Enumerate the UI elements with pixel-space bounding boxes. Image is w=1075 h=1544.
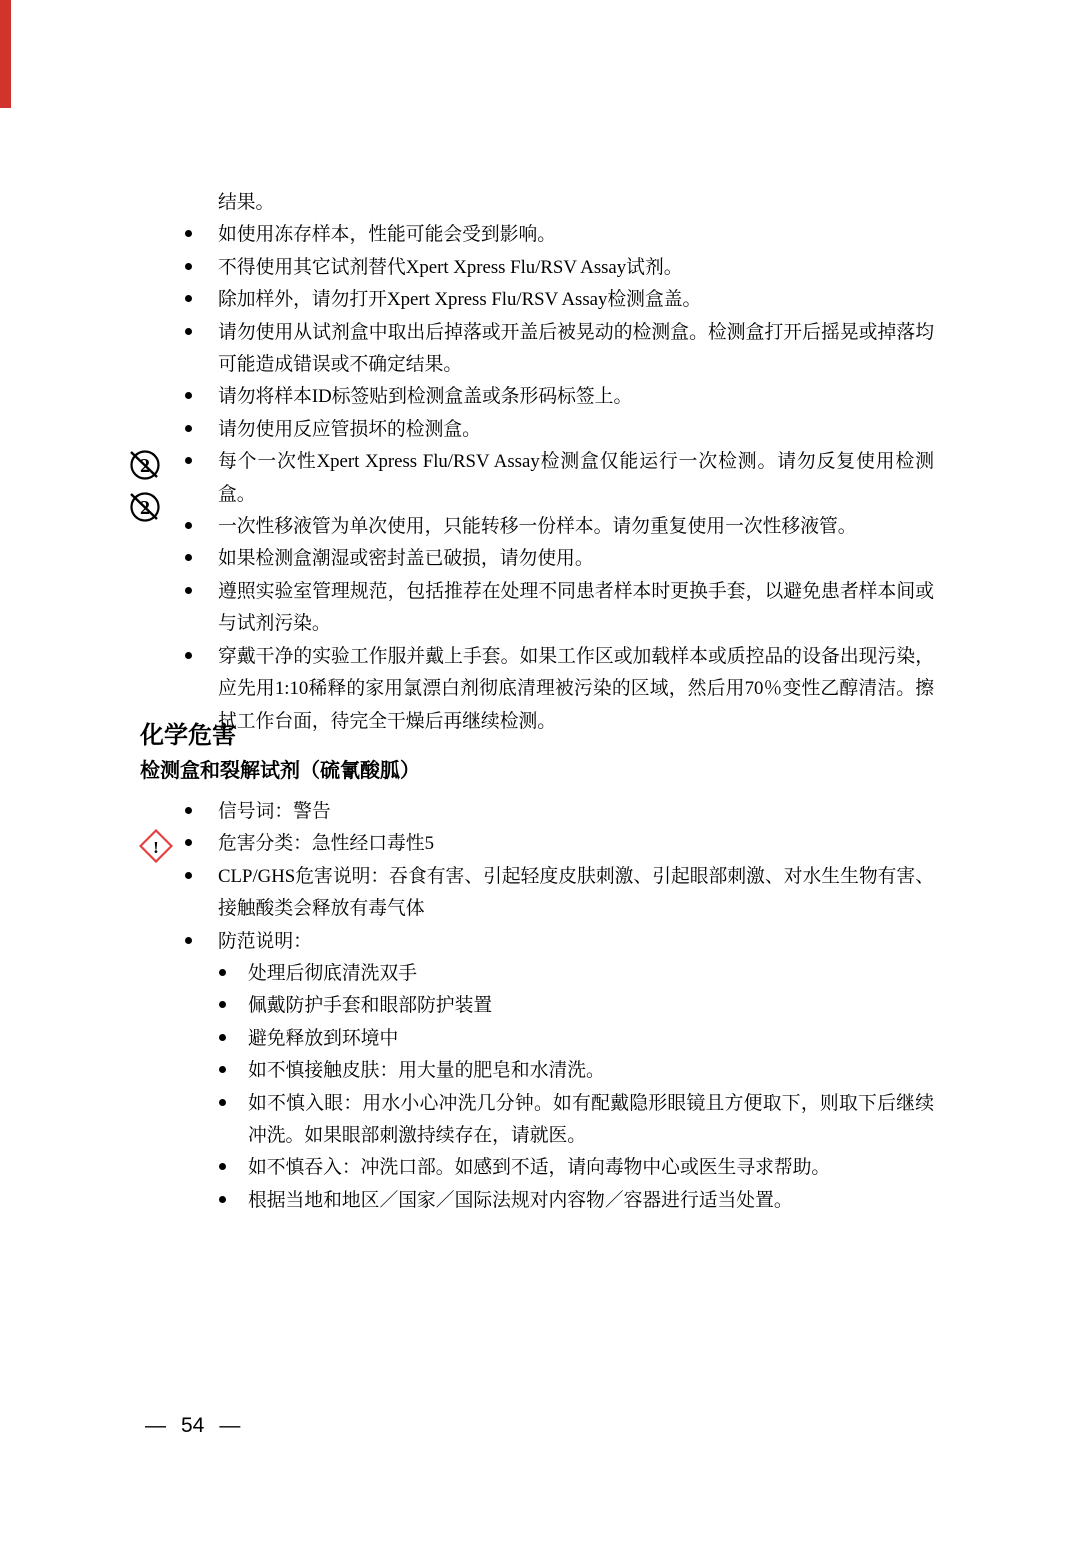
list-item-text: 穿戴干净的实验工作服并戴上手套。如果工作区或加载样本或质控品的设备出现污染，应先… (218, 646, 934, 732)
list-item: 如不慎接触皮肤：用大量的肥皂和水清洗。 (218, 1055, 934, 1087)
list-item: CLP/GHS危害说明：吞食有害、引起轻度皮肤刺激、引起眼部刺激、对水生生物有害… (218, 861, 934, 926)
precaution-text: 如不慎吞入：冲洗口部。如感到不适，请向毒物中心或医生寻求帮助。 (248, 1157, 830, 1178)
list-item-text: 每个一次性Xpert Xpress Flu/RSV Assay检测盒仅能运行一次… (218, 451, 934, 504)
list-item: 如使用冻存样本，性能可能会受到影响。 (218, 219, 934, 251)
bullet-marker (185, 839, 192, 846)
list-item: 请勿使用从试剂盒中取出后掉落或开盖后被晃动的检测盒。检测盒打开后摇晃或掉落均可能… (218, 317, 934, 382)
list-item: 如果检测盒潮湿或密封盖已破损，请勿使用。 (218, 543, 934, 575)
precaution-text: 如不慎入眼：用水小心冲洗几分钟。如有配戴隐形眼镜且方便取下，则取下后继续冲洗。如… (248, 1093, 934, 1146)
bullet-marker (185, 872, 192, 879)
list-item: 危害分类：急性经口毒性5 (218, 828, 934, 860)
list-item: 请勿将样本ID标签贴到检测盒盖或条形码标签上。 (218, 381, 934, 413)
bullet-marker (219, 1001, 226, 1008)
bullet-marker (185, 295, 192, 302)
precaution-text: 处理后彻底清洗双手 (248, 963, 417, 984)
do-not-reuse-icon: 2 (127, 488, 163, 524)
list-item-text: 请勿将样本ID标签贴到检测盒盖或条形码标签上。 (218, 386, 632, 407)
bullet-marker (219, 1196, 226, 1203)
ghs-exclamation-mark: ! (153, 838, 159, 857)
cartridge-lysis-reagent-subheading: 检测盒和裂解试剂（硫氰酸胍） (140, 758, 934, 784)
bullet-marker (185, 263, 192, 270)
bullet-marker (219, 1099, 226, 1106)
page-number: 54 (181, 1412, 204, 1440)
do-not-reuse-icon: 2 (127, 446, 163, 482)
list-item-text: 如果检测盒潮湿或密封盖已破损，请勿使用。 (218, 548, 594, 569)
bullet-marker (185, 328, 192, 335)
footer-dash: — (145, 1412, 166, 1440)
precaution-text: 避免释放到环境中 (248, 1028, 398, 1049)
list-item: 避免释放到环境中 (218, 1023, 934, 1055)
precaution-text: 如不慎接触皮肤：用大量的肥皂和水清洗。 (248, 1060, 605, 1081)
list-item: 每个一次性Xpert Xpress Flu/RSV Assay检测盒仅能运行一次… (218, 446, 934, 511)
list-item-text: 遵照实验室管理规范，包括推荐在处理不同患者样本时更换手套，以避免患者样本间或与试… (218, 581, 934, 634)
list-item-text: 不得使用其它试剂替代Xpert Xpress Flu/RSV Assay试剂。 (218, 257, 683, 278)
signal-word-text: 信号词：警告 (218, 801, 331, 822)
precaution-label-text: 防范说明： (218, 931, 312, 952)
list-item: 穿戴干净的实验工作服并戴上手套。如果工作区或加载样本或质控品的设备出现污染，应先… (218, 641, 934, 738)
bullet-marker (185, 587, 192, 594)
bullet-marker (185, 652, 192, 659)
list-item: 佩戴防护手套和眼部防护装置 (218, 990, 934, 1022)
list-item: 一次性移液管为单次使用，只能转移一份样本。请勿重复使用一次性移液管。 (218, 511, 934, 543)
list-item: 如不慎吞入：冲洗口部。如感到不适，请向毒物中心或医生寻求帮助。 (218, 1152, 934, 1184)
bullet-marker (219, 1163, 226, 1170)
list-item: 如不慎入眼：用水小心冲洗几分钟。如有配戴隐形眼镜且方便取下，则取下后继续冲洗。如… (218, 1088, 934, 1153)
body-text: 结果。 如使用冻存样本，性能可能会受到影响。 不得使用其它试剂替代Xpert X… (218, 187, 934, 1217)
red-revision-mark (0, 0, 11, 108)
list-item: 处理后彻底清洗双手 (218, 958, 934, 990)
list-item: 请勿使用反应管损坏的检测盒。 (218, 414, 934, 446)
bullet-marker (219, 1034, 226, 1041)
bullet-marker (185, 522, 192, 529)
list-item-text: 除加样外，请勿打开Xpert Xpress Flu/RSV Assay检测盒盖。 (218, 289, 701, 310)
page-footer: — 54 — (145, 1412, 240, 1440)
hazard-class-text: 危害分类：急性经口毒性5 (218, 833, 434, 854)
list-item-text: 一次性移液管为单次使用，只能转移一份样本。请勿重复使用一次性移液管。 (218, 516, 857, 537)
document-page: 2 2 ! 结果。 如使用冻存样本，性能可能会受到影响。 不得使用其它试剂替代X… (0, 0, 1075, 1544)
list-item: 遵照实验室管理规范，包括推荐在处理不同患者样本时更换手套，以避免患者样本间或与试… (218, 576, 934, 641)
list-item: 不得使用其它试剂替代Xpert Xpress Flu/RSV Assay试剂。 (218, 252, 934, 284)
bullet-marker (185, 554, 192, 561)
bullet-marker (185, 425, 192, 432)
list-item: 防范说明： (218, 926, 934, 958)
list-item: 信号词：警告 (218, 796, 934, 828)
bullet-marker (219, 1066, 226, 1073)
clp-ghs-statement-text: CLP/GHS危害说明：吞食有害、引起轻度皮肤刺激、引起眼部刺激、对水生生物有害… (218, 866, 934, 919)
list-item-text: 如使用冻存样本，性能可能会受到影响。 (218, 224, 556, 245)
bullet-marker (185, 807, 192, 814)
list-item: 根据当地和地区／国家／国际法规对内容物／容器进行适当处置。 (218, 1185, 934, 1217)
bullet-marker (185, 230, 192, 237)
list-item-text: 请勿使用反应管损坏的检测盒。 (218, 419, 481, 440)
footer-dash: — (219, 1412, 240, 1440)
bullet-marker (185, 457, 192, 464)
continuation-line: 结果。 (218, 187, 934, 219)
precaution-text: 佩戴防护手套和眼部防护装置 (248, 995, 492, 1016)
list-item-text: 请勿使用从试剂盒中取出后掉落或开盖后被晃动的检测盒。检测盒打开后摇晃或掉落均可能… (218, 322, 934, 375)
bullet-marker (185, 392, 192, 399)
precaution-text: 根据当地和地区／国家／国际法规对内容物／容器进行适当处置。 (248, 1190, 793, 1211)
list-item: 除加样外，请勿打开Xpert Xpress Flu/RSV Assay检测盒盖。 (218, 284, 934, 316)
ghs-exclamation-icon: ! (139, 829, 173, 863)
bullet-marker (185, 937, 192, 944)
bullet-marker (219, 969, 226, 976)
